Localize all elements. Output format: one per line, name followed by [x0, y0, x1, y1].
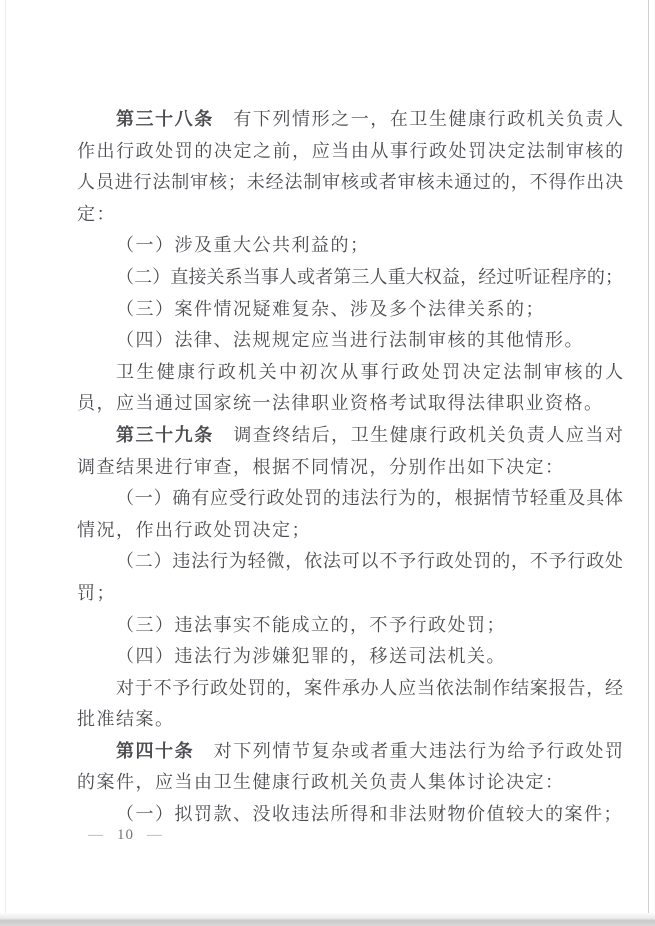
line-text: （四）法律、法规规定应当进行法制审核的其他情形。: [116, 330, 584, 350]
text-line: （一）确有应受行政处罚的违法行为的，根据情节轻重及具体: [77, 483, 623, 515]
text-line: （四）违法行为涉嫌犯罪的，移送司法机关。: [77, 641, 623, 673]
line-text: （一）涉及重大公共利益的；: [116, 235, 370, 255]
line-text: （四）违法行为涉嫌犯罪的，移送司法机关。: [116, 646, 506, 666]
line-text: 情况，作出行政处罚决定；: [77, 520, 311, 540]
article-number: 第三十八条: [116, 109, 214, 129]
line-text: （一）确有应受行政处罚的违法行为的，根据情节轻重及具体: [116, 488, 624, 508]
line-text: 批准结案。: [77, 709, 175, 729]
page-number-value: 10: [117, 827, 134, 844]
text-line: 卫生健康行政机关中初次从事行政处罚决定法制审核的人: [77, 357, 623, 389]
line-text: 罚；: [77, 583, 116, 603]
line-text: （二）直接关系当事人或者第三人重大权益，经过听证程序的；: [116, 267, 623, 287]
text-line: 员，应当通过国家统一法律职业资格考试取得法律职业资格。: [77, 388, 623, 420]
line-text: 员，应当通过国家统一法律职业资格考试取得法律职业资格。: [77, 393, 604, 413]
page-left-edge: [5, 0, 6, 916]
text-line: （四）法律、法规规定应当进行法制审核的其他情形。: [77, 325, 623, 357]
document-text-area: 第三十八条 有下列情形之一，在卫生健康行政机关负责人作出行政处罚的决定之前，应当…: [77, 104, 623, 831]
page-bottom-edge: [0, 913, 655, 926]
line-text: （三）违法事实不能成立的，不予行政处罚；: [116, 615, 506, 635]
line-text: （一）拟罚款、没收违法所得和非法财物价值较大的案件；: [116, 804, 623, 824]
text-line: （三）案件情况疑难复杂、涉及多个法律关系的；: [77, 294, 623, 326]
text-line: 情况，作出行政处罚决定；: [77, 515, 623, 547]
text-line: 批准结案。: [77, 704, 623, 736]
article-number: 第四十条: [116, 741, 194, 761]
line-text: 对下列情节复杂或者重大违法行为给予行政处罚: [194, 741, 624, 761]
line-text: 定：: [77, 204, 116, 224]
line-text: 有下列情形之一，在卫生健康行政机关负责人: [214, 109, 625, 129]
text-line: （一）涉及重大公共利益的；: [77, 230, 623, 262]
text-line: （三）违法事实不能成立的，不予行政处罚；: [77, 610, 623, 642]
text-line: 第三十八条 有下列情形之一，在卫生健康行政机关负责人: [77, 104, 623, 136]
text-line: 人员进行法制审核；未经法制审核或者审核未通过的，不得作出决: [77, 167, 623, 199]
line-text: 调查结果进行审查，根据不同情况，分别作出如下决定：: [77, 457, 565, 477]
line-text: 卫生健康行政机关中初次从事行政处罚决定法制审核的人: [116, 362, 626, 382]
text-line: 定：: [77, 199, 623, 231]
line-text: 的案件，应当由卫生健康行政机关负责人集体讨论决定：: [77, 772, 565, 792]
text-line: （二）违法行为轻微，依法可以不予行政处罚的，不予行政处: [77, 546, 623, 578]
page-number-dash-left: —: [88, 827, 104, 844]
text-line: 第三十九条 调查终结后，卫生健康行政机关负责人应当对: [77, 420, 623, 452]
text-line: 第四十条 对下列情节复杂或者重大违法行为给予行政处罚: [77, 736, 623, 768]
page-number: — 10 —: [88, 827, 163, 844]
text-line: 作出行政处罚的决定之前，应当由从事行政处罚决定法制审核的: [77, 136, 623, 168]
text-line: 对于不予行政处罚的，案件承办人应当依法制作结案报告，经: [77, 673, 623, 705]
article-number: 第三十九条: [116, 425, 214, 445]
text-line: （二）直接关系当事人或者第三人重大权益，经过听证程序的；: [77, 262, 623, 294]
page-number-dash-right: —: [147, 827, 163, 844]
line-text: 调查终结后，卫生健康行政机关负责人应当对: [214, 425, 625, 445]
page-right-edge: [648, 0, 649, 916]
line-text: 人员进行法制审核；未经法制审核或者审核未通过的，不得作出决: [77, 172, 624, 192]
line-text: （二）违法行为轻微，依法可以不予行政处罚的，不予行政处: [116, 551, 624, 571]
text-line: （一）拟罚款、没收违法所得和非法财物价值较大的案件；: [77, 799, 623, 831]
text-line: 罚；: [77, 578, 623, 610]
line-text: 对于不予行政处罚的，案件承办人应当依法制作结案报告，经: [116, 678, 624, 698]
line-text: 作出行政处罚的决定之前，应当由从事行政处罚决定法制审核的: [77, 141, 625, 161]
line-text: （三）案件情况疑难复杂、涉及多个法律关系的；: [116, 299, 545, 319]
text-line: 的案件，应当由卫生健康行政机关负责人集体讨论决定：: [77, 767, 623, 799]
text-line: 调查结果进行审查，根据不同情况，分别作出如下决定：: [77, 452, 623, 484]
